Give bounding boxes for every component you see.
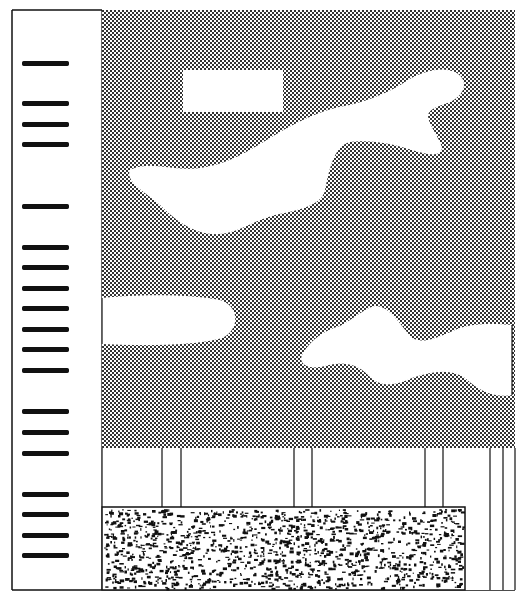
scale-marker <box>22 553 69 558</box>
cross-section-diagram <box>0 0 528 598</box>
scale-marker <box>22 142 69 147</box>
scale-marker <box>22 286 69 291</box>
scale-marker <box>22 492 69 497</box>
scale-marker <box>22 122 69 127</box>
scale-marker <box>22 368 69 373</box>
scale-marker <box>22 101 69 106</box>
white-rectangle-void <box>183 70 283 112</box>
white-left-lens-void <box>102 295 235 345</box>
scale-marker <box>22 451 69 456</box>
scale-marker <box>22 347 69 352</box>
scale-marker <box>22 204 69 209</box>
scale-markers <box>22 61 69 558</box>
scale-marker <box>22 327 69 332</box>
scale-marker <box>22 512 69 517</box>
scale-marker <box>22 245 69 250</box>
scale-marker <box>22 265 69 270</box>
scale-marker <box>22 430 69 435</box>
scale-marker <box>22 61 69 66</box>
speckled-base-layer <box>102 507 465 591</box>
scale-marker <box>22 306 69 311</box>
scale-marker <box>22 533 69 538</box>
scale-marker <box>22 409 69 414</box>
